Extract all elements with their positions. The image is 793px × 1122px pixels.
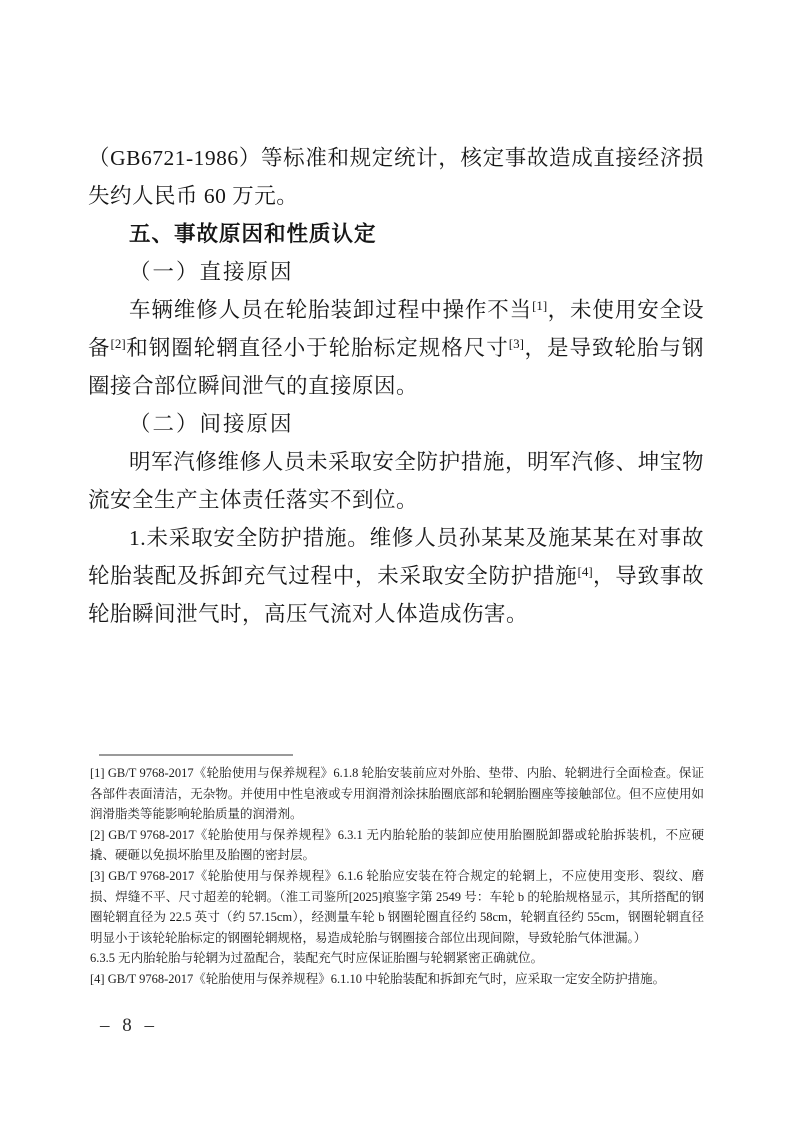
footnote-1: [1] GB/T 9768-2017《轮胎使用与保养规程》6.1.8 轮胎安装前…: [90, 763, 704, 825]
subsection-heading-direct-cause: （一）直接原因: [88, 253, 704, 291]
section-heading: 五、事故原因和性质认定: [88, 215, 704, 253]
paragraph-direct-cause: 车辆维修人员在轮胎装卸过程中操作不当[1]，未使用安全设备[2]和钢圈轮辋直径小…: [88, 291, 704, 405]
footnote-ref-1: [1]: [532, 298, 547, 313]
footnote-4: [4] GB/T 9768-2017《轮胎使用与保养规程》6.1.10 中轮胎装…: [90, 969, 704, 990]
text-run: 和钢圈轮辋直径小于轮胎标定规格尺寸: [126, 336, 509, 360]
footnote-ref-3: [3]: [509, 336, 524, 351]
paragraph-economic-loss: （GB6721-1986）等标准和规定统计，核定事故造成直接经济损失约人民币 6…: [88, 139, 704, 215]
footnote-2: [2] GB/T 9768-2017《轮胎使用与保养规程》6.3.1 无内胎轮胎…: [90, 825, 704, 866]
footnote-separator-line: [99, 754, 293, 756]
footnote-3: [3] GB/T 9768-2017《轮胎使用与保养规程》6.1.6 轮胎应安装…: [90, 866, 704, 948]
footnotes-section: [1] GB/T 9768-2017《轮胎使用与保养规程》6.1.8 轮胎安装前…: [90, 754, 704, 990]
footnote-ref-2: [2]: [111, 336, 126, 351]
footnote-3-continued: 6.3.5 无内胎轮胎与轮辋为过盈配合，装配充气时应保证胎圈与轮辋紧密正确就位。: [90, 948, 704, 969]
subsection-heading-indirect-cause: （二）间接原因: [88, 405, 704, 443]
text-run: 车辆维修人员在轮胎装卸过程中操作不当: [129, 298, 532, 322]
main-text-block: （GB6721-1986）等标准和规定统计，核定事故造成直接经济损失约人民币 6…: [88, 139, 704, 633]
page-number: – 8 –: [100, 1015, 158, 1037]
paragraph-item1-no-protection: 1.未采取安全防护措施。维修人员孙某某及施某某在对事故轮胎装配及拆卸充气过程中，…: [88, 519, 704, 633]
paragraph-indirect-cause: 明军汽修维修人员未采取安全防护措施，明军汽修、坤宝物流安全生产主体责任落实不到位…: [88, 443, 704, 519]
footnote-ref-4: [4]: [578, 564, 593, 579]
document-page: （GB6721-1986）等标准和规定统计，核定事故造成直接经济损失约人民币 6…: [0, 0, 793, 1122]
